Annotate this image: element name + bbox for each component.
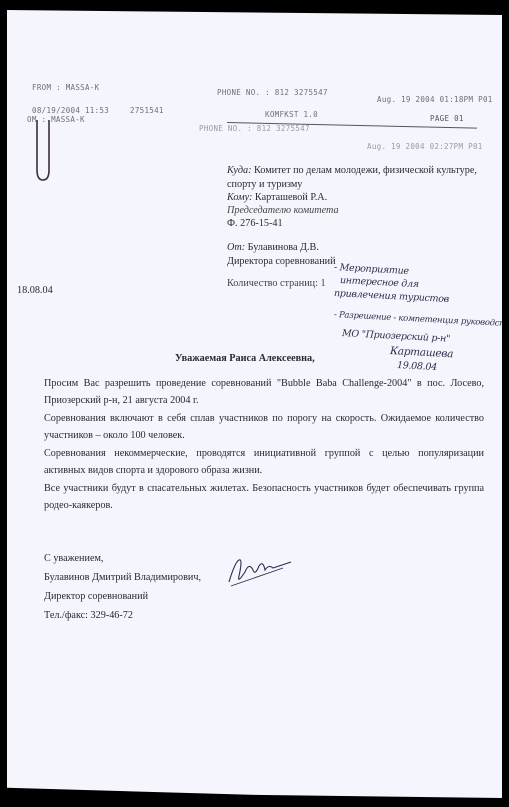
to-label: Куда:	[227, 165, 251, 176]
body-paragraph: Соревнования включают в себя сплав участ…	[44, 410, 484, 444]
from-value: Булавинова Д.В.	[248, 242, 319, 253]
page-count: Количество страниц: 1	[227, 278, 326, 289]
to-value: Комитет по делам молодежи, физической ку…	[254, 165, 477, 176]
fax-receiver-id: KOMFKST 1.0	[265, 110, 318, 119]
fax-phone-2: PHONE NO. : 812 3275547	[199, 124, 310, 133]
salutation: Уважаемая Раиса Алексеевна,	[175, 353, 315, 364]
recipient-fax: Ф. 276-15-41	[227, 218, 283, 229]
fax-from: FROM : MASSA-K	[32, 83, 99, 92]
handwritten-signature: Карташева	[390, 345, 454, 360]
body-paragraph: Просим Вас разрешить проведение соревнов…	[44, 375, 484, 409]
whom-title: Председателю комитета	[227, 205, 339, 216]
handwritten-line: МО "Приозерский р-н"	[342, 328, 451, 345]
closing-title: Директор соревнований	[44, 591, 148, 602]
whom-label: Кому:	[227, 192, 252, 203]
closing-name: Булавинов Дмитрий Владимирович,	[44, 572, 201, 583]
from-title: Директора соревнований	[227, 256, 336, 267]
handwritten-line: - Разрешение - компетенция руководства	[334, 310, 509, 330]
closing-regards: С уважением,	[44, 553, 103, 564]
fax-sent-date: 08/19/2004 11:53	[32, 106, 109, 115]
fax-phone: PHONE NO. : 812 3275547	[217, 88, 328, 97]
paper-clip-icon	[34, 118, 52, 184]
fax-timestamp: Aug. 19 2004 01:18PM P01	[377, 95, 493, 104]
closing-phone: Тел./факс: 329-46-72	[44, 610, 133, 621]
signature-icon	[225, 552, 295, 592]
handwritten-line: привлечения туристов	[334, 288, 449, 305]
from-label: От:	[227, 242, 245, 253]
fax-sent-number: 2751541	[130, 106, 164, 115]
whom-value: Карташевой Р.А.	[255, 192, 327, 203]
handwritten-date: 19.08.04	[397, 360, 437, 373]
fax-timestamp-2: Aug. 19 2004 02:27PM P01	[367, 142, 483, 151]
fax-page: FROM : MASSA-K PHONE NO. : 812 3275547 A…	[7, 10, 502, 798]
letter-date: 18.08.04	[17, 285, 53, 296]
body-paragraph: Все участники будут в спасательных жилет…	[44, 480, 484, 514]
handwritten-line: интересное для	[340, 275, 419, 290]
body-paragraph: Соревнования некоммерческие, проводятся …	[44, 445, 484, 479]
to-value-cont: спорту и туризму	[227, 179, 302, 190]
fax-page-number: PAGE 01	[430, 114, 464, 123]
